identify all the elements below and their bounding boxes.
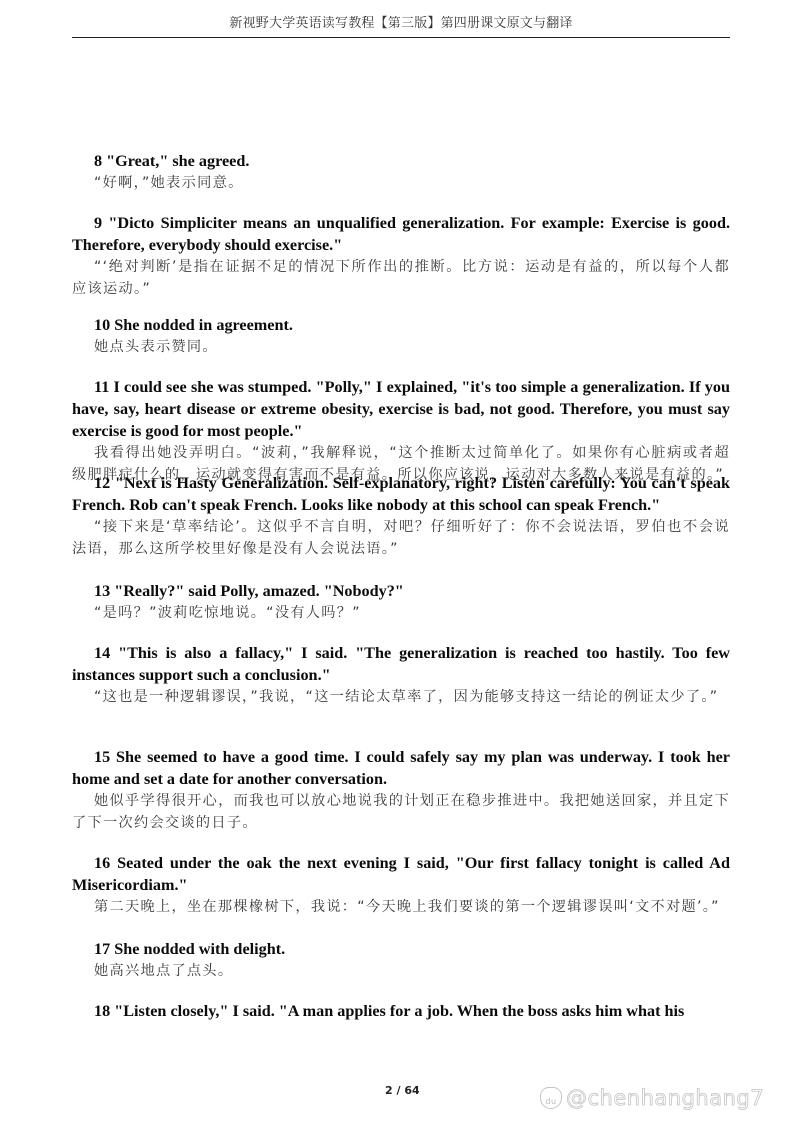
paragraph-15: 15 She seemed to have a good time. I cou… <box>72 746 730 834</box>
chinese-translation: “好啊，”她表示同意。 <box>72 172 730 194</box>
english-text: 15 She seemed to have a good time. I cou… <box>72 746 730 790</box>
chinese-translation: “‘绝对判断’是指在证据不足的情况下所作出的推断。比方说：运动是有益的，所以每个… <box>72 256 730 300</box>
chinese-translation: “接下来是‘草率结论’。这似乎不言自明，对吧？仔细听好了：你不会说法语，罗伯也不… <box>72 516 730 560</box>
english-text: 9 "Dicto Simpliciter means an unqualifie… <box>72 212 730 256</box>
page-header: 新视野大学英语读写教程【第三版】第四册课文原文与翻译 <box>72 12 730 38</box>
paragraph-13: 13 "Really?" said Polly, amazed. "Nobody… <box>72 580 730 624</box>
chinese-translation: “这也是一种逻辑谬误，”我说，“这一结论太草率了，因为能够支持这一结论的例证太少… <box>72 686 730 708</box>
english-text: 8 "Great," she agreed. <box>72 150 730 172</box>
paragraph-9: 9 "Dicto Simpliciter means an unqualifie… <box>72 212 730 300</box>
chinese-translation: “是吗？”波莉吃惊地说。“没有人吗？” <box>72 602 730 624</box>
chinese-translation: 她高兴地点了点头。 <box>72 960 730 982</box>
english-text: 13 "Really?" said Polly, amazed. "Nobody… <box>72 580 730 602</box>
chinese-translation: 第二天晚上，坐在那棵橡树下，我说：“今天晚上我们要谈的第一个逻辑谬误叫‘文不对题… <box>72 896 730 918</box>
english-text: 18 "Listen closely," I said. "A man appl… <box>72 1000 730 1022</box>
english-text: 17 She nodded with delight. <box>72 938 730 960</box>
english-text: 10 She nodded in agreement. <box>72 314 730 336</box>
chinese-translation: 她似乎学得很开心，而我也可以放心地说我的计划正在稳步推进中。我把她送回家，并且定… <box>72 790 730 834</box>
english-text: 14 "This is also a fallacy," I said. "Th… <box>72 642 730 686</box>
paragraph-18: 18 "Listen closely," I said. "A man appl… <box>72 1000 730 1022</box>
watermark-text: @chenhanghang7 <box>566 1086 764 1110</box>
paragraph-11: 11 I could see she was stumped. "Polly,"… <box>72 376 730 486</box>
paragraph-14: 14 "This is also a fallacy," I said. "Th… <box>72 642 730 708</box>
page-number: 2 / 64 <box>385 1084 420 1097</box>
english-text: 11 I could see she was stumped. "Polly,"… <box>72 376 730 442</box>
paragraph-8: 8 "Great," she agreed. “好啊，”她表示同意。 <box>72 150 730 194</box>
document-title: 新视野大学英语读写教程【第三版】第四册课文原文与翻译 <box>229 16 572 31</box>
english-text: 16 Seated under the oak the next evening… <box>72 852 730 896</box>
watermark: du @chenhanghang7 <box>540 1086 764 1110</box>
chinese-translation: 她点头表示赞同。 <box>72 336 730 358</box>
english-text: 12 "Next is Hasty Generalization. Self-e… <box>72 472 730 516</box>
paragraph-10: 10 She nodded in agreement. 她点头表示赞同。 <box>72 314 730 358</box>
paragraph-16: 16 Seated under the oak the next evening… <box>72 852 730 918</box>
paw-icon: du <box>540 1087 562 1109</box>
paragraph-12: 12 "Next is Hasty Generalization. Self-e… <box>72 472 730 560</box>
paragraph-17: 17 She nodded with delight. 她高兴地点了点头。 <box>72 938 730 982</box>
